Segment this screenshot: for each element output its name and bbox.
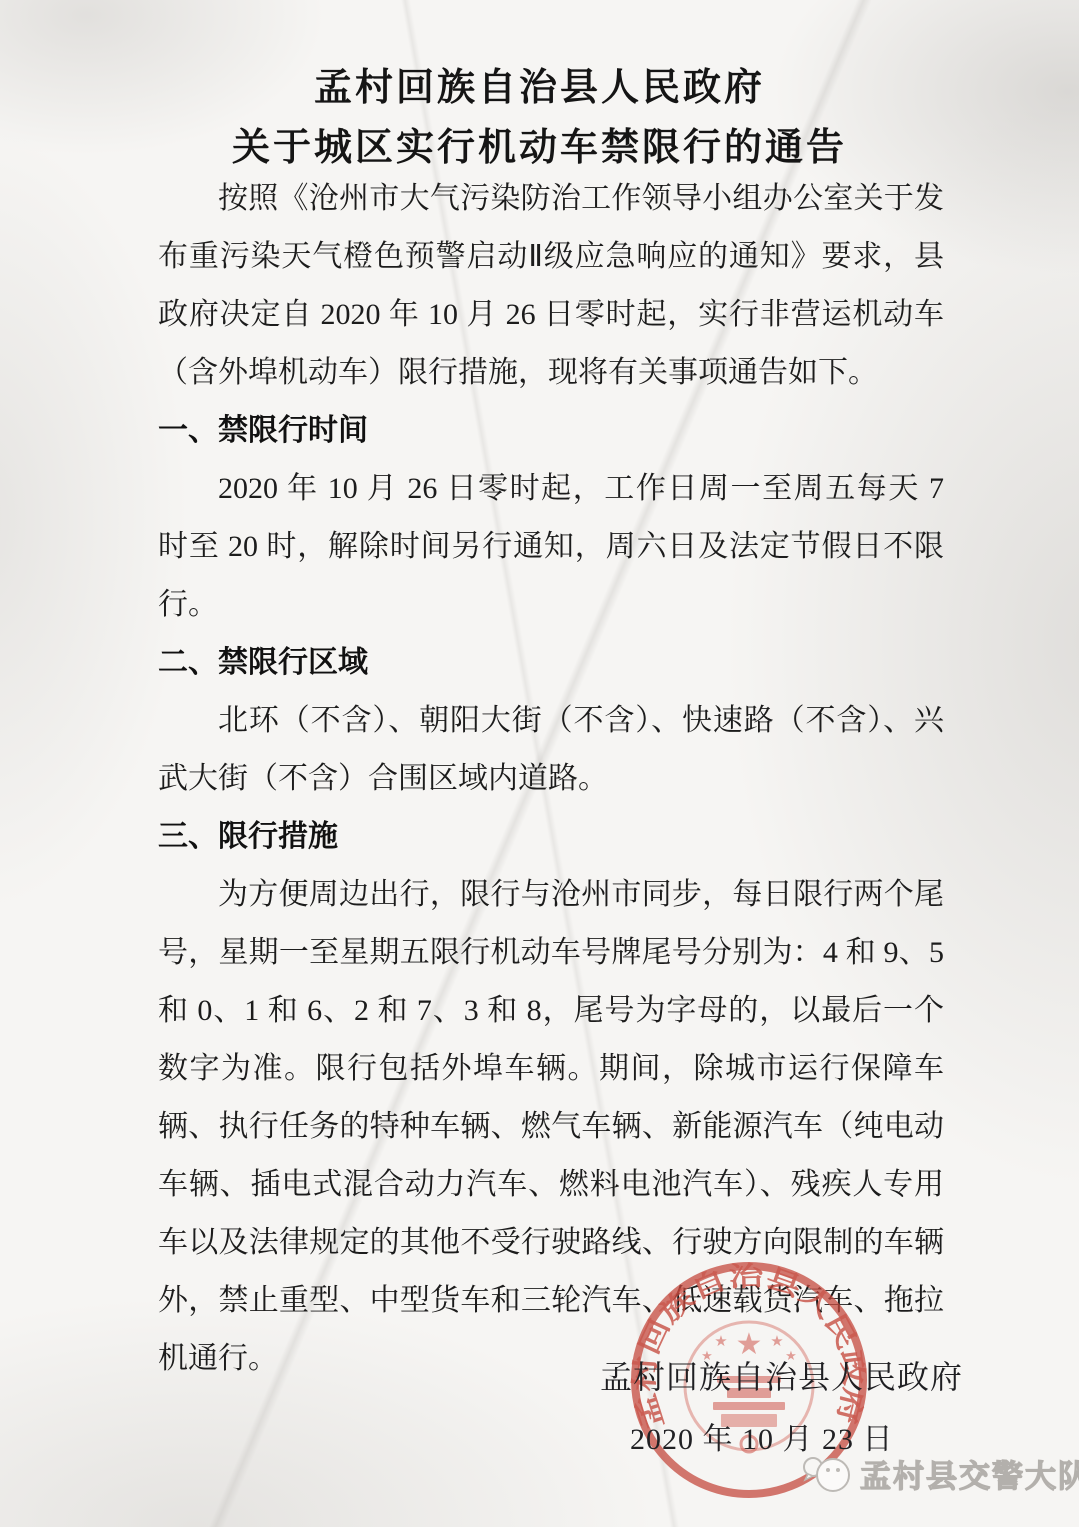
signature-issuer: 孟村回族自治县人民政府 [600, 1352, 963, 1398]
traffic-police-mascot-icon [800, 1450, 854, 1496]
emblem-small-star-icon: ★ [770, 1333, 783, 1350]
section-heading: 三、限行措施 [158, 808, 944, 866]
body-paragraph: 北环（不含）、朝阳大街（不含）、快速路（不含）、兴武大街（不含）合围区域内道路。 [158, 692, 944, 808]
body-paragraph: 按照《沧州市大气污染防治工作领导小组办公室关于发布重污染天气橙色预警启动Ⅱ级应急… [158, 170, 944, 402]
document-title-issuer: 孟村回族自治县人民政府 [0, 56, 1079, 111]
watermark-label: 孟村县交警大队 [860, 1451, 1079, 1496]
emblem-small-star-icon: ★ [714, 1333, 727, 1350]
watermark: 孟村县交警大队 [800, 1450, 1079, 1496]
body-paragraph: 2020 年 10 月 26 日零时起，工作日周一至周五每天 7 时至 20 时… [158, 460, 944, 634]
document-title-subject: 关于城区实行机动车禁限行的通告 [0, 116, 1079, 171]
emblem-gate-band [713, 1402, 785, 1410]
section-heading: 二、禁限行区域 [158, 634, 944, 692]
scanned-notice-page: 孟村回族自治县人民政府 关于城区实行机动车禁限行的通告 按照《沧州市大气污染防治… [0, 0, 1079, 1527]
document-body: 按照《沧州市大气污染防治工作领导小组办公室关于发布重污染天气橙色预警启动Ⅱ级应急… [158, 170, 944, 1388]
section-heading: 一、禁限行时间 [158, 402, 944, 460]
